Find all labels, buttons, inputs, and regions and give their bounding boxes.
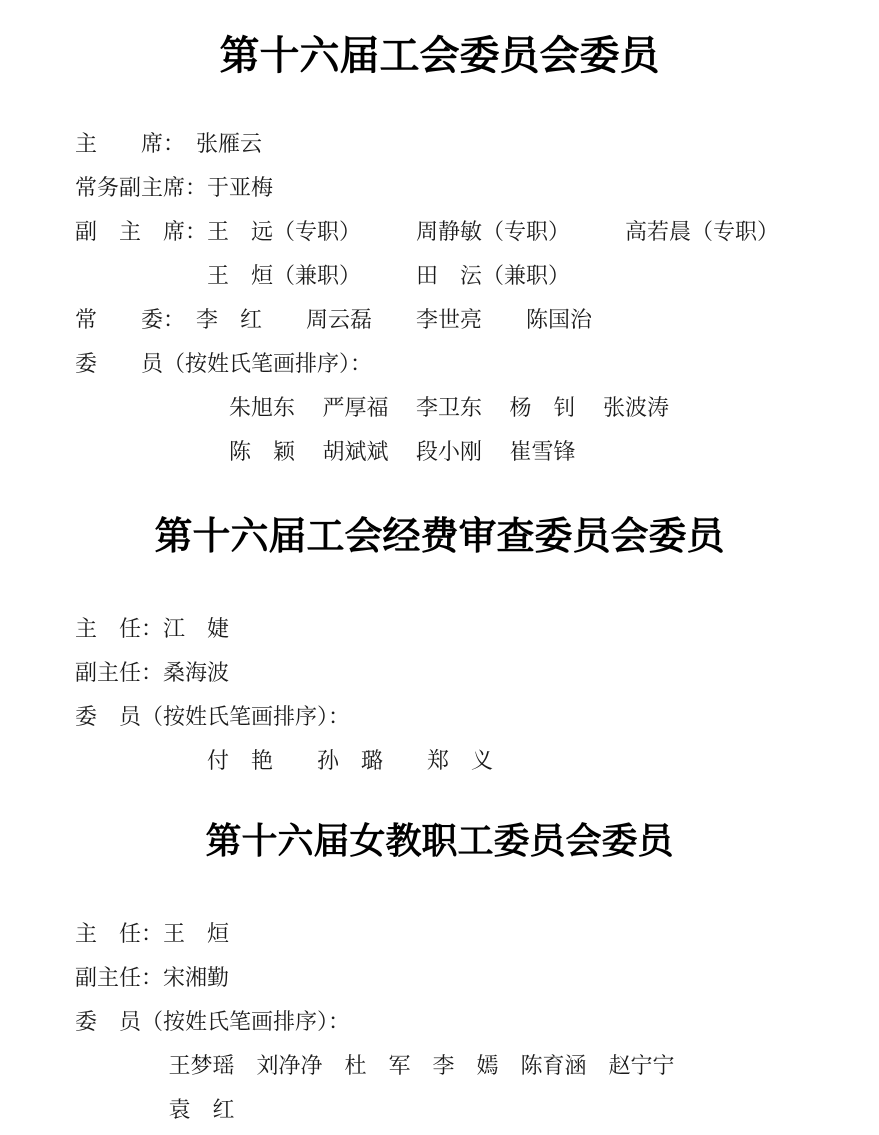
row-label: 主 席： [75,131,174,156]
row-content: 袁 红 [75,1097,235,1122]
member-row-members-header: 委 员（按姓氏笔画排序）： [75,1000,879,1044]
row-label: 常 委： [75,307,174,332]
row-label: 委 员 [75,351,163,376]
row-content: 王 烜（兼职） 田 沄（兼职） [75,263,570,288]
member-row-vice-chairmen: 副 主 席：王 远（专职） 周静敏（专职） 高若晨（专职） [75,210,879,254]
row-content: （按姓氏笔画排序）： [141,1009,350,1034]
row-content: 王 远（专职） 周静敏（专职） 高若晨（专职） [207,219,779,244]
member-row-director: 主 任：江 婕 [75,607,879,651]
row-content: 张雁云 [174,131,262,156]
member-row-members-line1: 付 艳 孙 璐 郑 义 [75,739,879,783]
row-content: 于亚梅 [207,175,273,200]
section-rows-union-committee: 主 席： 张雁云 常务副主席：于亚梅 副 主 席：王 远（专职） 周静敏（专职）… [75,122,879,474]
member-row-members-header: 委 员（按姓氏笔画排序）： [75,695,879,739]
row-label: 副 主 席： [75,219,207,244]
member-row-members-line1: 王梦瑶 刘净净 杜 军 李 嫣 陈育涵 赵宁宁 [75,1044,879,1088]
row-label: 常务副主席： [75,175,207,200]
row-content: 朱旭东 严厚福 李卫东 杨 钊 张波涛 [75,395,669,420]
member-row-members-header: 委 员（按姓氏笔画排序）： [75,342,879,386]
row-content: 李 红 周云磊 李世亮 陈国治 [174,307,592,332]
row-content: （按姓氏笔画排序）： [141,704,350,729]
row-label: 副主任： [75,660,163,685]
section-rows-female-faculty-committee: 主 任：王 烜 副主任：宋湘勤 委 员（按姓氏笔画排序）： 王梦瑶 刘净净 杜 … [75,912,879,1132]
row-label: 主 任： [75,616,163,641]
row-content: 宋湘勤 [163,965,229,990]
row-content: 陈 颖 胡斌斌 段小刚 崔雪锋 [75,439,576,464]
section-title-funds-review-committee: 第十六届工会经费审查委员会委员 [0,518,879,556]
section-title-union-committee: 第十六届工会委员会委员 [0,36,879,76]
member-row-deputy-director: 副主任：桑海波 [75,651,879,695]
member-row-members-line2: 袁 红 [75,1088,879,1132]
member-row-deputy-director: 副主任：宋湘勤 [75,956,879,1000]
row-content: 王梦瑶 刘净净 杜 军 李 嫣 陈育涵 赵宁宁 [75,1053,675,1078]
member-row-chairman: 主 席： 张雁云 [75,122,879,166]
row-content: 王 烜 [163,921,229,946]
row-content: 桑海波 [163,660,229,685]
row-label: 副主任： [75,965,163,990]
row-content: 付 艳 孙 璐 郑 义 [75,748,493,773]
member-row-executive-vice-chairman: 常务副主席：于亚梅 [75,166,879,210]
member-row-director: 主 任：王 烜 [75,912,879,956]
row-content: 江 婕 [163,616,229,641]
member-row-members-line1: 朱旭东 严厚福 李卫东 杨 钊 张波涛 [75,386,879,430]
row-label: 委 员 [75,1009,141,1034]
row-label: 主 任： [75,921,163,946]
section-rows-funds-review-committee: 主 任：江 婕 副主任：桑海波 委 员（按姓氏笔画排序）： 付 艳 孙 璐 郑 … [75,607,879,783]
member-row-vice-chairmen-continued: 王 烜（兼职） 田 沄（兼职） [75,254,879,298]
document-page: 第十六届工会委员会委员 主 席： 张雁云 常务副主席：于亚梅 副 主 席：王 远… [0,0,879,1135]
member-row-standing-committee: 常 委： 李 红 周云磊 李世亮 陈国治 [75,298,879,342]
row-label: 委 员 [75,704,141,729]
member-row-members-line2: 陈 颖 胡斌斌 段小刚 崔雪锋 [75,430,879,474]
row-content: （按姓氏笔画排序）： [163,351,372,376]
section-title-female-faculty-committee: 第十六届女教职工委员会委员 [0,823,879,859]
